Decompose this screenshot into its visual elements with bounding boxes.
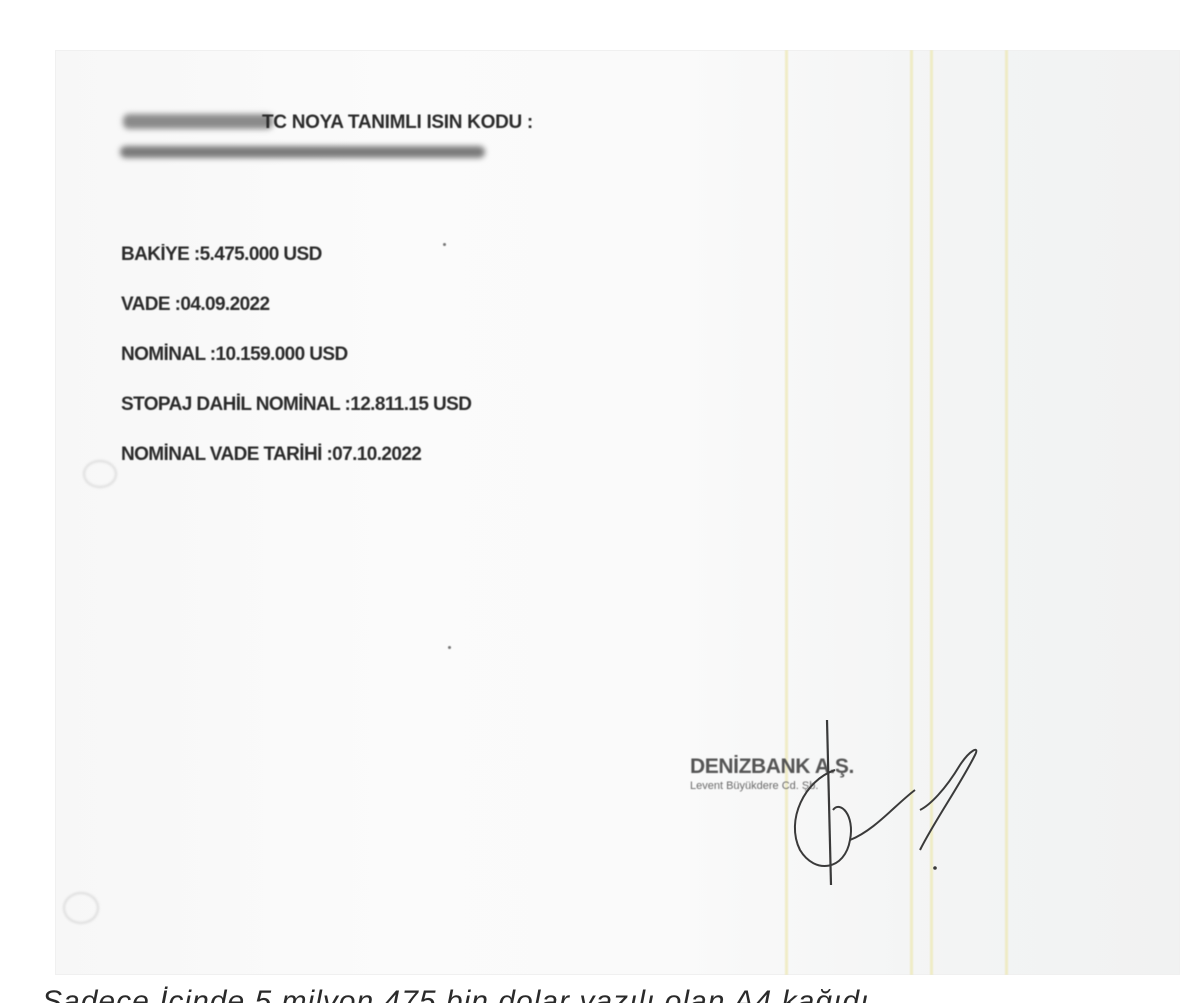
image-caption: Sadece İçinde 5 milyon 475 bin dolar yaz… xyxy=(42,983,869,1003)
signature-icon xyxy=(745,710,985,900)
redacted-isin-code xyxy=(120,146,485,158)
hole-punch-mark xyxy=(83,460,117,488)
hole-punch-mark xyxy=(63,892,99,924)
field-nominal: NOMİNAL :10.159.000 USD xyxy=(121,342,471,392)
account-fields: BAKİYE :5.475.000 USD VADE :04.09.2022 N… xyxy=(121,242,471,492)
scan-artifact-line xyxy=(1005,50,1008,975)
field-nominal-vade-tarihi: NOMİNAL VADE TARİHİ :07.10.2022 xyxy=(121,442,471,492)
field-stopaj-dahil-nominal: STOPAJ DAHİL NOMİNAL :12.811.15 USD xyxy=(121,392,471,442)
isin-code-label: TC NOYA TANIMLI ISIN KODU : xyxy=(262,112,533,134)
scan-speck xyxy=(443,243,446,246)
field-bakiye: BAKİYE :5.475.000 USD xyxy=(121,242,471,292)
redacted-name xyxy=(123,114,273,129)
scanned-document: TC NOYA TANIMLI ISIN KODU : BAKİYE :5.47… xyxy=(55,50,1180,975)
field-vade: VADE :04.09.2022 xyxy=(121,292,471,342)
scan-speck xyxy=(448,646,451,649)
